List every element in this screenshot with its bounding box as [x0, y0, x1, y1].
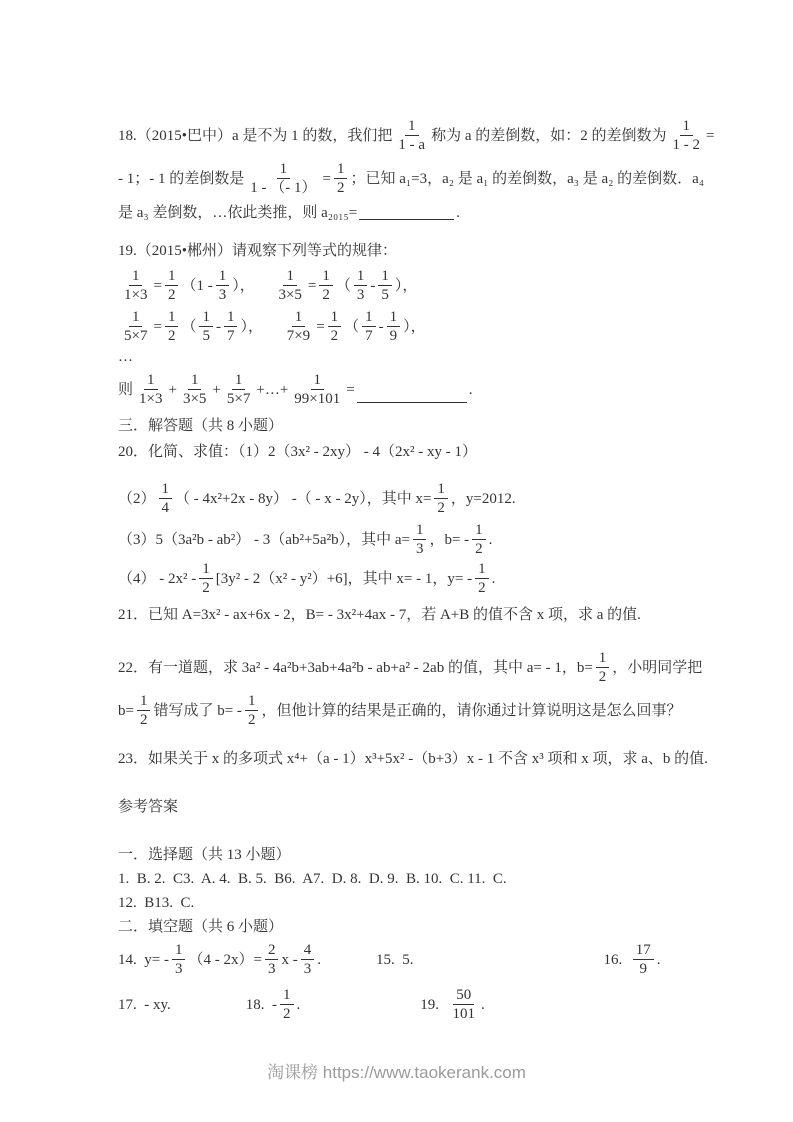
fraction-numerator: 1	[328, 309, 342, 327]
watermark-footer: 淘课榜 https://www.taokerank.com	[0, 1058, 793, 1083]
fraction-denominator: 7	[362, 327, 376, 344]
fraction: 13	[413, 522, 427, 557]
fraction: 12	[165, 268, 179, 303]
fraction: 179	[633, 942, 654, 977]
fraction-denominator: 2	[137, 711, 151, 728]
fraction-numerator: 1	[334, 161, 348, 179]
fraction-denominator: 2	[328, 327, 342, 344]
fraction-denominator: 3	[216, 286, 230, 303]
text-run: b=	[118, 700, 134, 722]
fraction: 12	[199, 561, 213, 596]
fraction-denominator: 2	[334, 179, 348, 196]
text-run: （	[344, 316, 359, 338]
text-run: 23．如果关于 x 的多项式 x⁴+（a - 1）x³+5x² -（b+3）x …	[118, 748, 708, 770]
text-run: ），	[403, 316, 426, 338]
fraction-numerator: 1	[277, 161, 291, 179]
fraction: 12	[596, 650, 610, 685]
fraction-numerator: 1	[224, 309, 238, 327]
fraction-denominator: 1 - （- 1）	[247, 179, 319, 196]
text-run: =	[346, 379, 354, 401]
section-1-heading: 一．选择题（共 13 小题）	[118, 844, 713, 866]
text-run: .	[489, 529, 493, 551]
fraction: 13	[216, 268, 230, 303]
fraction: 17	[224, 309, 238, 344]
fraction: 11 - a	[395, 118, 428, 153]
fraction: 13×5	[275, 268, 304, 303]
fraction-denominator: 3×5	[180, 390, 209, 407]
fraction-numerator: 1	[311, 372, 325, 390]
problem-20-part-2: （2）14（ - 4x²+2x - 8y） -（ - x - 2y），其中 x=…	[118, 481, 713, 516]
fraction-numerator: 1	[362, 309, 376, 327]
fraction-numerator: 1	[129, 268, 143, 286]
text-run: =	[316, 316, 324, 338]
fraction-numerator: 1	[232, 372, 246, 390]
fraction-denominator: 101	[450, 1005, 479, 1022]
answer-blank	[359, 205, 454, 220]
fraction: 13	[354, 268, 368, 303]
problem-18-line-2: - 1；- 1 的差倒数是11 - （- 1）=12；已知 a₁=3，a₂ 是 …	[118, 161, 713, 196]
fraction-numerator: 1	[434, 481, 448, 499]
text-run: 19.（2015•郴州）请观察下列等式的规律：	[118, 240, 397, 262]
spacer	[300, 1004, 420, 1005]
fraction-numerator: 1	[472, 522, 486, 540]
answer-blank	[357, 388, 467, 403]
text-run: -	[379, 316, 384, 338]
text-run: （	[181, 316, 196, 338]
text-run: ），	[232, 275, 258, 297]
problem-20-part-1: 20．化简、求值：（1）2（3x² - 2xy） - 4（2x² - xy - …	[118, 441, 713, 463]
fraction: 43	[301, 942, 315, 977]
problem-20-part-4: （4） - 2x² -12[3y² - 2（x² - y²）+6]，其中 x= …	[118, 561, 713, 596]
text-run: -	[216, 316, 221, 338]
spacer	[171, 1004, 246, 1005]
fraction-denominator: 2	[280, 1005, 294, 1022]
fraction-numerator: 1	[137, 693, 151, 711]
text-run: =	[323, 168, 331, 190]
fraction-numerator: 4	[301, 942, 315, 960]
text-run: 错写成了 b= -	[153, 700, 241, 722]
watermark-text: 淘课榜 https://www.taokerank.com	[267, 1063, 526, 1082]
fraction: 14	[159, 481, 173, 516]
fraction: 12	[328, 309, 342, 344]
fraction-numerator: 1	[475, 561, 489, 579]
text-run: 是 a₃ 差倒数，…依此类推，则 a₂₀₁₅=	[118, 202, 357, 224]
fraction-numerator: 1	[280, 987, 294, 1005]
fraction: 11×3	[121, 268, 150, 303]
fraction-denominator: 7×9	[284, 327, 313, 344]
fraction-denominator: 1×3	[121, 286, 150, 303]
fraction: 15×7	[121, 309, 150, 344]
fraction-numerator: 17	[633, 942, 654, 960]
fraction-denominator: 5×7	[224, 390, 253, 407]
fraction: 12	[475, 561, 489, 596]
fraction-numerator: 1	[283, 268, 297, 286]
problem-19-equations-row-2: 15×7=12（15-17）， 17×9=12（17-19），	[118, 309, 713, 344]
text-run: 18. -	[246, 994, 277, 1016]
problem-22-line-2: b=12错写成了 b= -12，但他计算的结果是正确的，请你通过计算说明这是怎么…	[118, 693, 713, 728]
problem-23: 23．如果关于 x 的多项式 x⁴+（a - 1）x³+5x² -（b+3）x …	[118, 748, 713, 770]
fraction-denominator: 7	[224, 327, 238, 344]
fraction-numerator: 2	[265, 942, 279, 960]
fraction-denominator: 1 - a	[395, 136, 428, 153]
fraction: 199×101	[291, 372, 343, 407]
fraction-numerator: 1	[172, 942, 186, 960]
fraction-denominator: 9	[387, 327, 401, 344]
fraction-numerator: 1	[680, 118, 694, 136]
fraction-denominator: 2	[434, 499, 448, 516]
problem-18-line-1: 18.（2015•巴中）a 是不为 1 的数，我们把11 - a称为 a 的差倒…	[118, 118, 713, 153]
problem-19-equations-row-1: 11×3=12（1 -13）， 13×5=12（13-15），	[118, 268, 713, 303]
fraction-numerator: 50	[453, 987, 474, 1005]
fraction-numerator: 1	[188, 372, 202, 390]
text-run: .	[657, 949, 661, 971]
fraction-numerator: 1	[129, 309, 143, 327]
fraction-numerator: 1	[378, 268, 392, 286]
choice-answers-row-2: 12. B13. C.	[118, 892, 713, 914]
fraction: 12	[280, 987, 294, 1022]
fraction: 15	[199, 309, 213, 344]
section-3-heading: 三．解答题（共 8 小题）	[118, 415, 713, 437]
fraction: 17	[362, 309, 376, 344]
text-run: ，小明同学把	[612, 657, 702, 679]
fraction-denominator: 3×5	[275, 286, 304, 303]
fraction: 12	[137, 693, 151, 728]
fraction-numerator: 1	[165, 268, 179, 286]
fraction: 15×7	[224, 372, 253, 407]
fraction-denominator: 2	[596, 668, 610, 685]
fraction: 12	[334, 161, 348, 196]
fraction-numerator: 1	[216, 268, 230, 286]
fraction: 19	[387, 309, 401, 344]
fraction: 17×9	[284, 309, 313, 344]
fraction-denominator: 1×3	[136, 390, 165, 407]
section-2-heading: 二．填空题（共 6 小题）	[118, 916, 713, 938]
text-run: 19.	[420, 994, 446, 1016]
text-run: ，y=2012.	[451, 488, 516, 510]
text-run: ），	[395, 275, 418, 297]
fraction-numerator: 1	[144, 372, 158, 390]
fraction: 12	[165, 309, 179, 344]
fraction: 12	[319, 268, 333, 303]
text-run: 15. 5.	[376, 949, 414, 971]
problem-19-ellipsis: …	[118, 346, 713, 368]
text-run: .	[456, 202, 460, 224]
fraction: 13×5	[180, 372, 209, 407]
fraction-numerator: 1	[199, 309, 213, 327]
text-run: ，但他计算的结果是正确的，请你通过计算说明这是怎么回事？	[261, 700, 681, 722]
choice-answers-row-1: 1. B. 2. C3. A. 4. B. 5. B6. A7. D. 8. D…	[118, 868, 713, 890]
text-run: [3y² - 2（x² - y²）+6]，其中 x= - 1，y= -	[216, 568, 472, 590]
text-run: 三．解答题（共 8 小题）	[118, 415, 283, 437]
fraction-numerator: 1	[405, 118, 419, 136]
text-run: 称为 a 的差倒数，如：2 的差倒数为	[431, 125, 666, 147]
worksheet-page: 18.（2015•巴中）a 是不为 1 的数，我们把11 - a称为 a 的差倒…	[0, 0, 793, 1122]
text-run: =	[308, 275, 316, 297]
fraction: 11 - （- 1）	[247, 161, 319, 196]
text-run: 1. B. 2. C3. A. 4. B. 5. B6. A7. D. 8. D…	[118, 868, 507, 890]
problem-19-sum-line: 则11×3+13×5+15×7+…+199×101=.	[118, 372, 713, 407]
fraction: 11×3	[136, 372, 165, 407]
fill-in-answers-row-2: 17. - xy.18. -12.19. 50101.	[118, 987, 713, 1022]
fraction-numerator: 1	[596, 650, 610, 668]
text-run: ），	[240, 316, 266, 338]
text-run: ；已知 a₁=3，a₂ 是 a₁ 的差倒数，a₃ 是 a₂ 的差倒数．a₄	[350, 168, 704, 190]
fraction-denominator: 5	[199, 327, 213, 344]
text-run: =	[706, 125, 714, 147]
worksheet-content: 18.（2015•巴中）a 是不为 1 的数，我们把11 - a称为 a 的差倒…	[0, 0, 793, 1022]
fraction-denominator: 9	[636, 960, 650, 977]
text-run: …	[118, 346, 133, 368]
text-run: +	[168, 379, 176, 401]
text-run: .	[492, 568, 496, 590]
text-run: 14. y= -	[118, 949, 169, 971]
text-run: 22．有一道题，求 3a² - 4a²b+3ab+4a²b - ab+a² - …	[118, 657, 593, 679]
text-run: 17. - xy.	[118, 994, 171, 1016]
fraction-denominator: 3	[172, 960, 186, 977]
spacer	[413, 959, 603, 960]
text-run: 12. B13. C.	[118, 892, 194, 914]
text-run: -	[370, 275, 375, 297]
fraction: 12	[472, 522, 486, 557]
fraction: 13	[172, 942, 186, 977]
text-run: （4 - 2x）=	[188, 949, 261, 971]
fill-in-answers-row-1: 14. y= -13（4 - 2x）=23x -43.15. 5.16. 179…	[118, 942, 713, 977]
fraction: 23	[265, 942, 279, 977]
fraction-denominator: 2	[475, 579, 489, 596]
fraction-denominator: 5	[378, 286, 392, 303]
text-run: ，b= -	[429, 529, 469, 551]
fraction-denominator: 3	[354, 286, 368, 303]
text-run: .	[469, 379, 473, 401]
fraction-denominator: 2	[165, 327, 179, 344]
text-run: （	[336, 275, 351, 297]
fraction: 12	[245, 693, 259, 728]
fraction-denominator: 99×101	[291, 390, 343, 407]
fraction-denominator: 5×7	[121, 327, 150, 344]
problem-19-title: 19.（2015•郴州）请观察下列等式的规律：	[118, 240, 713, 262]
fraction-numerator: 1	[354, 268, 368, 286]
fraction-denominator: 4	[159, 499, 173, 516]
text-run: 一．选择题（共 13 小题）	[118, 844, 291, 866]
fraction-numerator: 1	[413, 522, 427, 540]
fraction-numerator: 1	[165, 309, 179, 327]
text-run: +…+	[256, 379, 288, 401]
fraction-denominator: 1 - 2	[670, 136, 704, 153]
text-run: 16.	[603, 949, 629, 971]
text-run: 参考答案	[118, 796, 178, 818]
text-run: 21．已知 A=3x² - ax+6x - 2，B= - 3x²+4ax - 7…	[118, 604, 641, 626]
fraction-denominator: 3	[413, 540, 427, 557]
text-run: =	[153, 316, 161, 338]
fraction-denominator: 3	[301, 960, 315, 977]
fraction-denominator: 2	[319, 286, 333, 303]
fraction: 11 - 2	[670, 118, 704, 153]
fraction-denominator: 3	[265, 960, 279, 977]
fraction-numerator: 1	[245, 693, 259, 711]
fraction-numerator: 1	[387, 309, 401, 327]
fraction: 50101	[450, 987, 479, 1022]
text-run: 二．填空题（共 6 小题）	[118, 916, 283, 938]
text-run: 则	[118, 379, 133, 401]
text-run: =	[153, 275, 161, 297]
fraction-denominator: 2	[472, 540, 486, 557]
fraction-denominator: 2	[199, 579, 213, 596]
text-run: （4） - 2x² -	[118, 568, 196, 590]
spacer	[321, 959, 376, 960]
problem-20-part-3: （3）5（3a²b - ab²） - 3（ab²+5a²b），其中 a=13，b…	[118, 522, 713, 557]
fraction: 15	[378, 268, 392, 303]
text-run: .	[481, 994, 485, 1016]
problem-21: 21．已知 A=3x² - ax+6x - 2，B= - 3x²+4ax - 7…	[118, 604, 713, 626]
spacer	[267, 326, 281, 327]
problem-22-line-1: 22．有一道题，求 3a² - 4a²b+3ab+4a²b - ab+a² - …	[118, 650, 713, 685]
text-run: +	[212, 379, 220, 401]
text-run: 18.（2015•巴中）a 是不为 1 的数，我们把	[118, 125, 392, 147]
problem-18-line-3: 是 a₃ 差倒数，…依此类推，则 a₂₀₁₅=.	[118, 202, 713, 224]
fraction-denominator: 2	[165, 286, 179, 303]
fraction-denominator: 2	[245, 711, 259, 728]
fraction: 12	[434, 481, 448, 516]
text-run: - 1；- 1 的差倒数是	[118, 168, 244, 190]
text-run: （1 -	[181, 275, 212, 297]
fraction-numerator: 1	[159, 481, 173, 499]
text-run: （2）	[118, 488, 156, 510]
text-run: x -	[281, 949, 297, 971]
fraction-numerator: 1	[292, 309, 306, 327]
fraction-numerator: 1	[319, 268, 333, 286]
text-run: （3）5（3a²b - ab²） - 3（ab²+5a²b），其中 a=	[118, 529, 410, 551]
text-run: 20．化简、求值：（1）2（3x² - 2xy） - 4（2x² - xy - …	[118, 441, 477, 463]
fraction-numerator: 1	[199, 561, 213, 579]
reference-answers-heading: 参考答案	[118, 796, 713, 818]
text-run: （ - 4x²+2x - 8y） -（ - x - 2y），其中 x=	[175, 488, 431, 510]
spacer	[258, 285, 272, 286]
